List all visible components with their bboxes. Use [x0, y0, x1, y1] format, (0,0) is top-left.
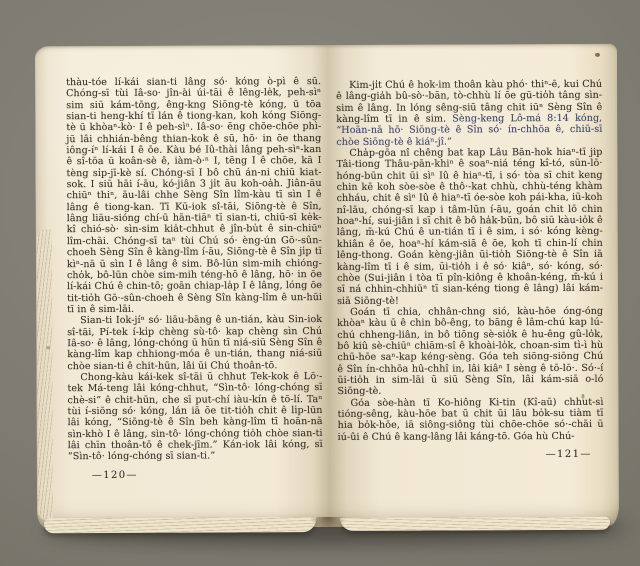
left-page-number: —120—	[68, 469, 323, 481]
left-page-paragraph-1: thàu-tóe lí-kái sian-ti lâng só· kóng ò-…	[66, 76, 322, 315]
right-page: Kim-ji̍t Chú ê hok-im thoân kàu phó· thi…	[336, 79, 604, 462]
page-edge-stack-bottom-left	[44, 517, 317, 533]
spine-gutter-shadow	[308, 517, 349, 535]
left-page-paragraph-2: Sian-ti Iok-jíⁿ só· liāu-bāng ê un-tián,…	[67, 314, 322, 372]
right-page-number: —121—	[338, 449, 604, 462]
page-edge-stack-bottom-right	[340, 517, 610, 531]
page-edge-stack-left	[37, 229, 53, 521]
right-page-paragraph-4: Góa sòe-hàn tī Ko-hiông Ki-tin (Kî-aū) c…	[337, 396, 603, 443]
left-page: thàu-tóe lí-kái sian-ti lâng só· kóng ò-…	[66, 76, 323, 481]
right-page-paragraph-1: Kim-ji̍t Chú ê hok-im thoân kàu phó· thi…	[336, 79, 602, 148]
left-page-paragraph-3: Chong-kàu kái-kek sî-tāi ū chhut Tek-kok…	[67, 371, 322, 463]
right-page-paragraph-3: Goán tī chia, chhân-chng sió, kàu-hōe ón…	[337, 306, 603, 398]
page-stain-speck	[595, 53, 600, 57]
right-page-paragraph-2: Cha̍p-gōa nî chêng bat kap Lâu Bān-hok h…	[336, 147, 603, 307]
open-book: thàu-tóe lí-kái sian-ti lâng só· kóng ò-…	[35, 44, 619, 529]
page-stain-speck	[46, 346, 50, 349]
